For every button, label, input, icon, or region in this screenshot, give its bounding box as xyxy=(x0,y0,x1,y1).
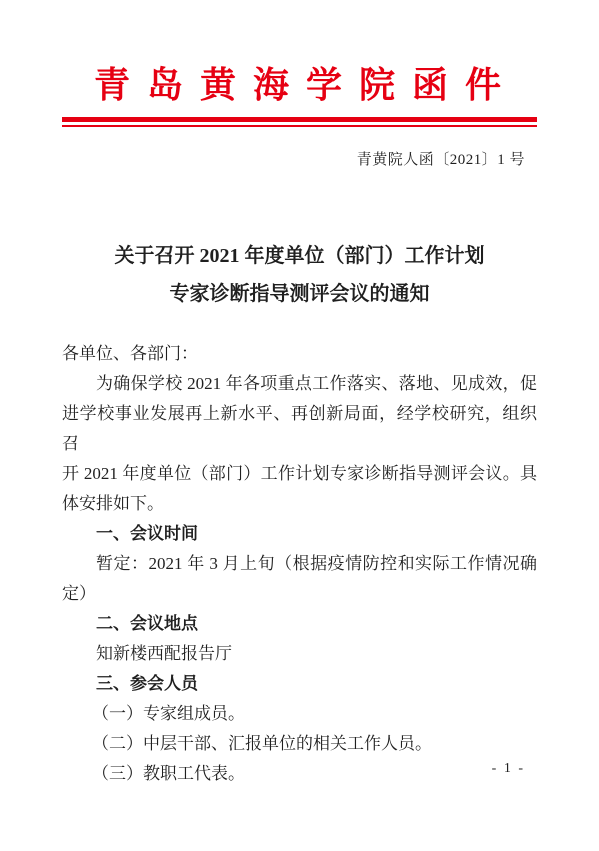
document-page: 青 岛 黄 海 学 院 函 件 青黄院人函〔2021〕1 号 关于召开 2021… xyxy=(0,0,599,851)
body-line: 进学校事业发展再上新水平、再创新局面，经学校研究，组织召 xyxy=(62,399,537,459)
section-heading-meeting-place: 二、会议地点 xyxy=(62,609,537,639)
section-heading-meeting-time: 一、会议时间 xyxy=(62,519,537,549)
letterhead-title: 青 岛 黄 海 学 院 函 件 xyxy=(62,62,537,108)
body-line: 开 2021 年度单位（部门）工作计划专家诊断指导测评会议。具 xyxy=(62,459,537,489)
salutation: 各单位、各部门： xyxy=(62,339,537,369)
list-item: （二）中层干部、汇报单位的相关工作人员。 xyxy=(62,729,537,759)
body-line: 定） xyxy=(62,579,537,609)
page-number: - 1 - xyxy=(492,761,525,777)
body-line: 知新楼西配报告厅 xyxy=(62,639,537,669)
body-line: 暂定：2021 年 3 月上旬（根据疫情防控和实际工作情况确 xyxy=(62,549,537,579)
document-number: 青黄院人函〔2021〕1 号 xyxy=(62,148,537,169)
document-title: 关于召开 2021 年度单位（部门）工作计划 专家诊断指导测评会议的通知 xyxy=(62,237,537,313)
body-line: 为确保学校 2021 年各项重点工作落实、落地、见成效，促 xyxy=(62,369,537,399)
document-title-line2: 专家诊断指导测评会议的通知 xyxy=(62,275,537,313)
letterhead-separator-line xyxy=(62,117,537,127)
document-title-line1: 关于召开 2021 年度单位（部门）工作计划 xyxy=(62,237,537,275)
section-heading-participants: 三、参会人员 xyxy=(62,669,537,699)
document-body: 各单位、各部门： 为确保学校 2021 年各项重点工作落实、落地、见成效，促 进… xyxy=(62,339,537,789)
list-item: （三）教职工代表。 xyxy=(62,759,537,789)
body-line: 体安排如下。 xyxy=(62,489,537,519)
content-area: 青 岛 黄 海 学 院 函 件 青黄院人函〔2021〕1 号 关于召开 2021… xyxy=(0,62,599,789)
list-item: （一）专家组成员。 xyxy=(62,699,537,729)
